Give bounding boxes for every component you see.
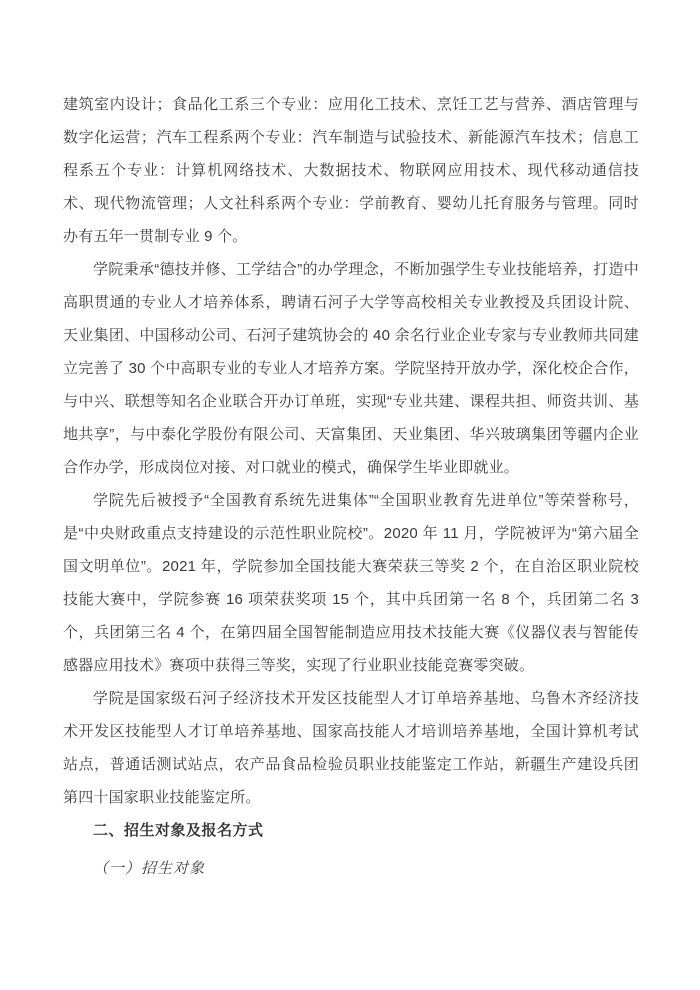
paragraph-honors-awards: 学院先后被授予“全国教育系统先进集体”“全国职业教育先进单位”等荣誉称号，是“中…	[63, 484, 639, 682]
document-content: 建筑室内设计；食品化工系三个专业：应用化工技术、烹饪工艺与营养、酒店管理与数字化…	[63, 88, 639, 886]
paragraph-training-bases: 学院是国家级石河子经济技术开发区技能型人才订单培养基地、乌鲁木齐经济技术开发区技…	[63, 682, 639, 814]
document-page: 建筑室内设计；食品化工系三个专业：应用化工技术、烹饪工艺与营养、酒店管理与数字化…	[0, 0, 700, 990]
paragraph-continuation: 建筑室内设计；食品化工系三个专业：应用化工技术、烹饪工艺与营养、酒店管理与数字化…	[63, 88, 639, 253]
section-heading-enrollment: 二、招生对象及报名方式	[63, 814, 639, 848]
subsection-heading-enrollment-targets: （一）招生对象	[63, 852, 639, 886]
paragraph-teaching-philosophy: 学院秉承“德技并修、工学结合”的办学理念，不断加强学生专业技能培养，打造中高职贯…	[63, 253, 639, 484]
